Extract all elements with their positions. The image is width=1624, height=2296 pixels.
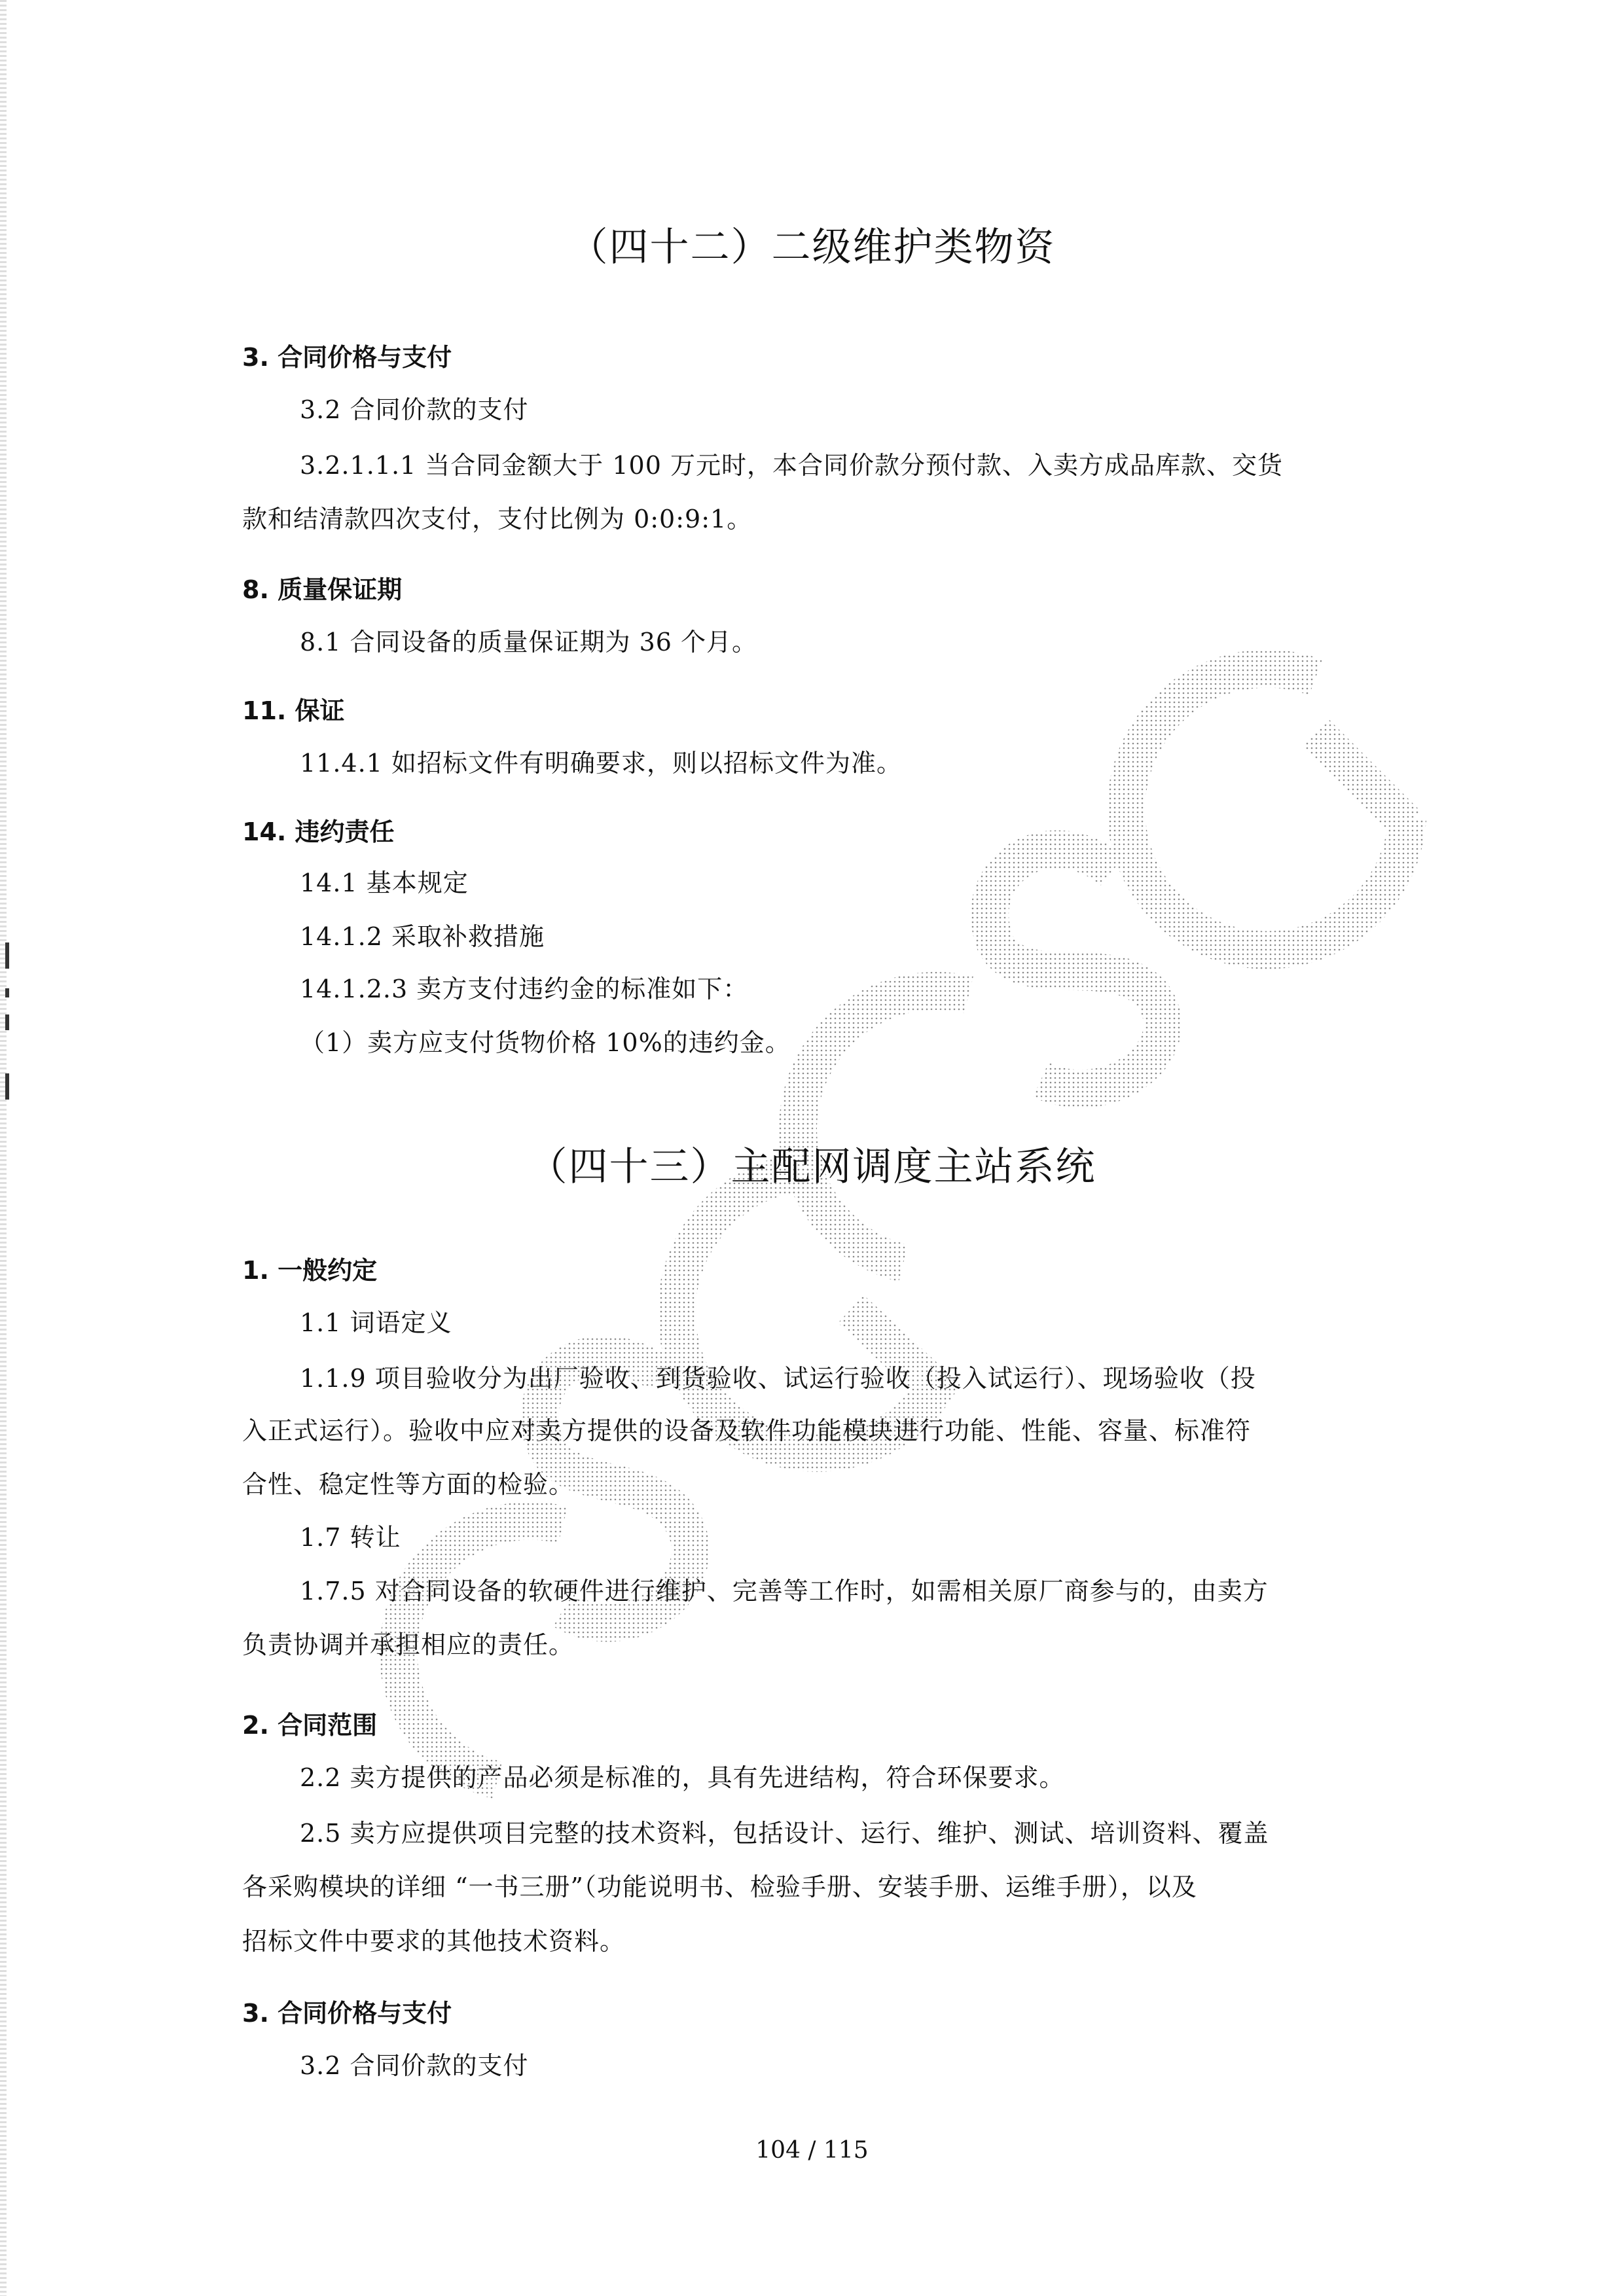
clause-1-7-5-line2: 负责协调并承担相应的责任。 <box>242 1624 574 1660</box>
clause-heading-2: 2. 合同范围 <box>242 1705 377 1741</box>
clause-2-5-line2: 各采购模块的详细 “一书三册”（功能说明书、检验手册、安装手册、运维手册），以及 <box>242 1867 1197 1903</box>
clause-8-1: 8.1 合同设备的质量保证期为 36 个月。 <box>300 622 757 658</box>
clause-14-1: 14.1 基本规定 <box>300 863 469 899</box>
clause-2-5-line3: 招标文件中要求的其他技术资料。 <box>242 1921 625 1957</box>
clause-heading-11: 11. 保证 <box>242 691 345 726</box>
clause-2-2: 2.2 卖方提供的产品必须是标准的，具有先进结构，符合环保要求。 <box>300 1757 1065 1793</box>
clause-3-2-1-1-1-line1: 3.2.1.1.1 当合同金额大于 100 万元时，本合同价款分预付款、入卖方成… <box>300 445 1283 481</box>
clause-11-4-1: 11.4.1 如招标文件有明确要求，则以招标文件为准。 <box>300 743 902 779</box>
clause-14-1-2-3-item-1: （1）卖方应支付货物价格 10%的违约金。 <box>300 1022 791 1058</box>
clause-1-1: 1.1 词语定义 <box>300 1302 452 1338</box>
clause-14-1-2: 14.1.2 采取补救措施 <box>300 916 545 952</box>
clause-heading-1: 1. 一般约定 <box>242 1250 377 1286</box>
clause-3-2b: 3.2 合同价款的支付 <box>300 2045 529 2081</box>
clause-heading-14: 14. 违约责任 <box>242 812 395 848</box>
clause-heading-8: 8. 质量保证期 <box>242 569 402 605</box>
clause-3-2: 3.2 合同价款的支付 <box>300 389 529 425</box>
clause-2-5-line1: 2.5 卖方应提供项目完整的技术资料，包括设计、运行、维护、测试、培训资料、覆盖 <box>300 1813 1269 1849</box>
clause-1-1-9-line3: 合性、稳定性等方面的检验。 <box>242 1464 574 1500</box>
clause-14-1-2-3: 14.1.2.3 卖方支付违约金的标准如下： <box>300 969 748 1005</box>
clause-heading-3b: 3. 合同价格与支付 <box>242 1993 452 2029</box>
section-title-43: （四十三）主配网调度主站系统 <box>0 1136 1624 1192</box>
clause-1-1-9-line1: 1.1.9 项目验收分为出厂验收、到货验收、试运行验收（投入试运行）、现场验收（… <box>300 1358 1256 1394</box>
clause-1-1-9-line2: 入正式运行）。验收中应对卖方提供的设备及软件功能模块进行功能、性能、容量、标准符 <box>242 1410 1251 1446</box>
document-page: （四十二）二级维护类物资 3. 合同价格与支付 3.2 合同价款的支付 3.2.… <box>0 0 1624 2296</box>
section-title-42: （四十二）二级维护类物资 <box>0 216 1624 272</box>
clause-heading-3: 3. 合同价格与支付 <box>242 337 452 373</box>
clause-1-7: 1.7 转让 <box>300 1517 401 1553</box>
clause-1-7-5-line1: 1.7.5 对合同设备的软硬件进行维护、完善等工作时，如需相关原厂商参与的，由卖… <box>300 1571 1269 1607</box>
page-number: 104 / 115 <box>0 2137 1624 2164</box>
clause-3-2-1-1-1-line2: 款和结清款四次支付，支付比例为 0:0:9:1。 <box>242 499 752 535</box>
